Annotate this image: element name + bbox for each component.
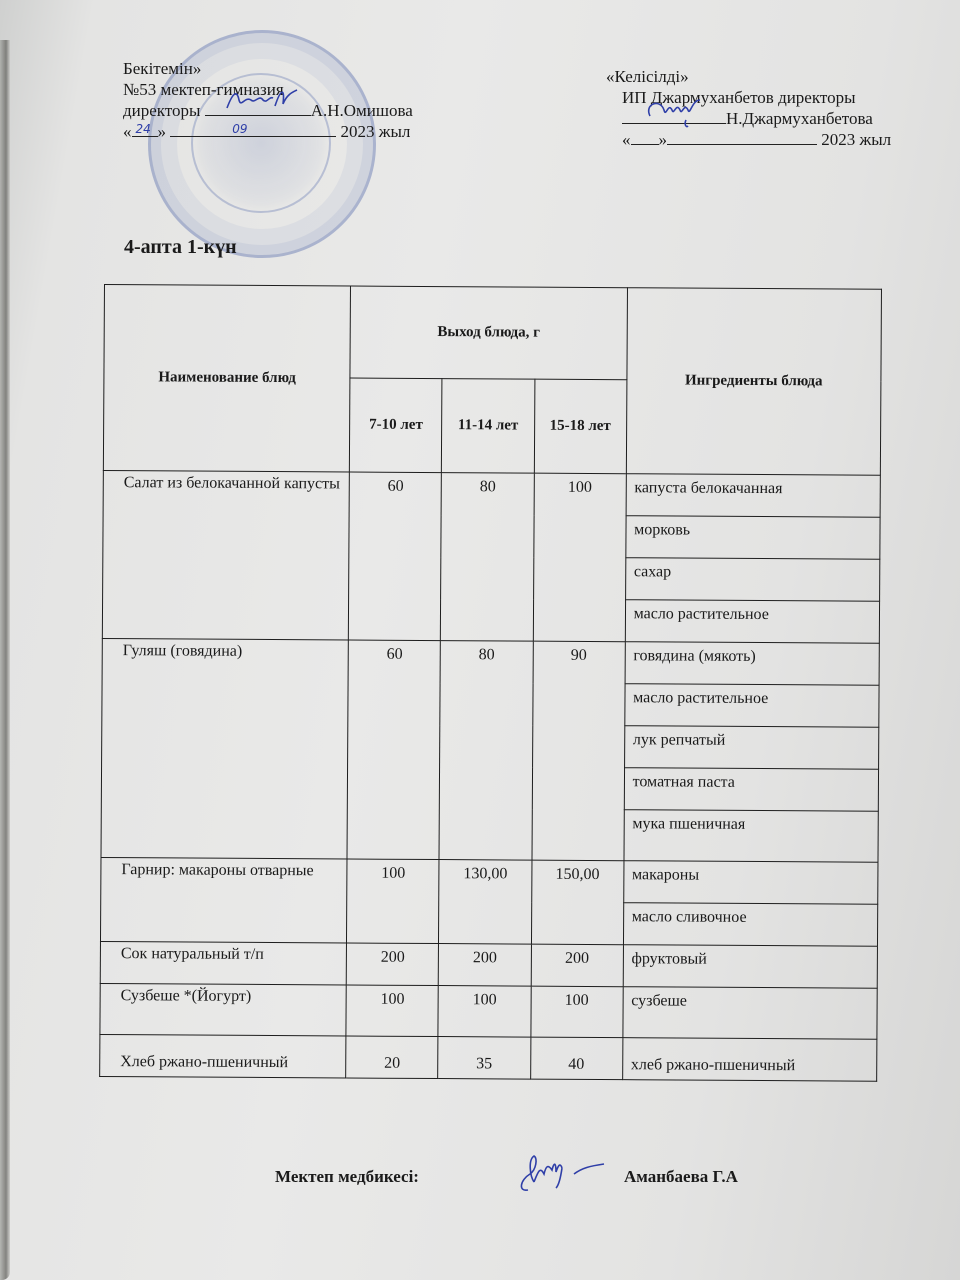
approval-right-year: 2023 жыл [821, 130, 891, 149]
yield-15-18: 40 [530, 1037, 622, 1080]
dish-name: Сок натуральный т/п [100, 941, 347, 985]
ingredient: хлеб ржано-пшеничный [622, 1038, 877, 1082]
ingredient: говядина (мякоть) [625, 642, 880, 686]
yield-7-10: 100 [346, 985, 438, 1037]
nurse-label: Мектеп медбикесі: [275, 1167, 419, 1187]
approval-left-title: Бекітемін» [123, 58, 413, 79]
approval-left-year: 2023 жыл [341, 122, 411, 141]
approval-right-title: «Келісілді» [606, 66, 891, 87]
approval-right-director-line: Н.Джармуханбетова [606, 108, 891, 129]
yield-11-14: 80 [441, 473, 534, 642]
ingredient: масло сливочное [623, 903, 878, 947]
ingredient: томатная паста [624, 768, 879, 812]
dish-name: Хлеб ржано-пшеничный [100, 1034, 347, 1078]
header-age-15-18: 15-18 лет [534, 379, 627, 474]
document-page: Бекітемін» №53 мектеп-гимназия директоры… [0, 0, 960, 1280]
table-row: Хлеб ржано-пшеничный 20 35 40 хлеб ржано… [100, 1034, 877, 1081]
signature-partner-icon [640, 94, 710, 128]
yield-7-10: 100 [347, 859, 440, 944]
table-row: Салат из белокачанной капусты 60 80 100 … [103, 470, 880, 517]
ingredient: масло растительное [624, 684, 879, 728]
signature-nurse-icon [508, 1152, 608, 1196]
dish-name: Салат из белокачанной капусты [102, 470, 349, 640]
nurse-name: Аманбаева Г.А [624, 1167, 738, 1187]
dish-name: Сузбеше *(Йогурт) [100, 983, 347, 1036]
ingredient: макароны [623, 861, 878, 905]
header-yield: Выход блюда, г [350, 286, 627, 380]
yield-7-10: 60 [347, 640, 440, 860]
yield-7-10: 60 [349, 472, 442, 641]
date-month-handwritten: 09 [232, 119, 247, 140]
menu-day-title: 4-апта 1-күн [124, 236, 237, 259]
header-age-7-10: 7-10 лет [350, 378, 443, 473]
dish-name: Гуляш (говядина) [101, 638, 349, 859]
yield-7-10: 200 [347, 943, 439, 986]
signature-director-icon [223, 86, 303, 114]
header-ingredients: Ингредиенты блюда [626, 288, 881, 476]
approval-block-right: «Келісілді» ИП Джармуханбетов директоры … [606, 66, 891, 150]
approval-right-director-name: Н.Джармуханбетова [726, 109, 873, 128]
yield-15-18: 100 [533, 473, 626, 642]
yield-11-14: 35 [438, 1037, 530, 1080]
table-row: Гуляш (говядина) 60 80 90 говядина (мяко… [102, 638, 879, 685]
table-row: Сузбеше *(Йогурт) 100 100 100 сузбеше [100, 983, 877, 1039]
dish-name: Гарнир: макароны отварные [100, 857, 347, 943]
approval-left-director-line: директоры А.Н.Омишова [123, 100, 413, 121]
date-day-handwritten: 24 [136, 119, 151, 140]
ingredient: лук репчатый [624, 726, 879, 770]
yield-11-14: 100 [438, 986, 530, 1038]
table-row: Гарнир: макароны отварные 100 130,00 150… [101, 857, 878, 904]
yield-15-18: 90 [532, 641, 625, 861]
ingredient: сузбеше [623, 987, 878, 1040]
ingredient: мука пшеничная [624, 810, 879, 863]
ingredient: капуста белокачанная [626, 474, 881, 518]
yield-15-18: 200 [531, 944, 623, 987]
yield-11-14: 200 [439, 944, 531, 987]
ingredient: масло растительное [625, 600, 880, 644]
signature-line [622, 108, 726, 124]
header-dish-name: Наименование блюд [103, 285, 350, 473]
header-age-11-14: 11-14 лет [442, 379, 535, 474]
approval-left-date: «24» 09 2023 жыл [123, 121, 413, 142]
ingredient: сахар [625, 558, 880, 602]
approval-right-date: «» 2023 жыл [606, 129, 891, 150]
yield-11-14: 80 [439, 641, 532, 861]
table-row: Сок натуральный т/п 200 200 200 фруктовы… [100, 941, 877, 988]
yield-15-18: 100 [530, 986, 622, 1038]
approval-block-left: Бекітемін» №53 мектеп-гимназия директоры… [123, 58, 413, 142]
menu-table: Наименование блюд Выход блюда, г Ингреди… [99, 284, 882, 1082]
signature-line [205, 100, 311, 116]
yield-7-10: 20 [346, 1036, 438, 1079]
yield-15-18: 150,00 [531, 860, 624, 945]
yield-11-14: 130,00 [439, 860, 532, 945]
ingredient: фруктовый [623, 945, 878, 989]
ingredient: морковь [625, 516, 880, 560]
approval-left-director-name: А.Н.Омишова [311, 101, 413, 120]
